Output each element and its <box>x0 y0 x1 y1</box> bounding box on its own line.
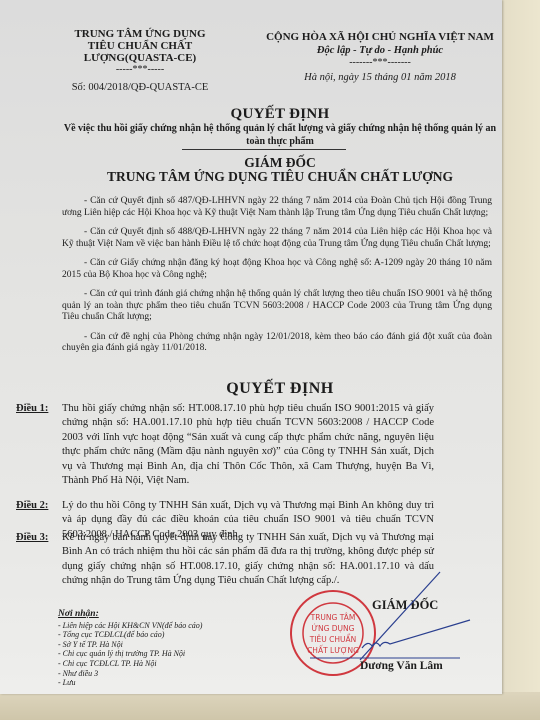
article-label: Điều 1: <box>16 402 48 416</box>
national-separator: -------***------- <box>262 58 498 68</box>
recipient-item: - Sở Y tế TP. Hà Nội <box>58 640 258 650</box>
legal-basis-item: - Căn cứ Giấy chứng nhận đăng ký hoạt độ… <box>62 258 492 281</box>
document-number: Số: 004/2018/QĐ-QUASTA-CE <box>40 82 240 94</box>
legal-basis-item: - Căn cứ qui trình đánh giá chứng nhận h… <box>62 289 492 324</box>
issuer-org-line2: TIÊU CHUẨN CHẤT LƯỢNG(QUASTA-CE) <box>40 40 240 64</box>
authority-block: GIÁM ĐỐC TRUNG TÂM ỨNG DỤNG TIÊU CHUẨN C… <box>60 156 500 184</box>
recipients-heading: Nơi nhận: <box>58 610 258 620</box>
document-title: QUYẾT ĐỊNH <box>60 106 500 123</box>
article-1: Điều 1: Thu hồi giấy chứng nhận số: HT.0… <box>16 402 436 488</box>
background-surface-bottom <box>0 692 540 720</box>
legal-basis-item: - Căn cứ Quyết định số 488/QĐ-LHHVN ngày… <box>62 227 492 250</box>
authority-organization: TRUNG TÂM ỨNG DỤNG TIÊU CHUẨN CHẤT LƯỢNG <box>60 170 500 184</box>
country-name: CỘNG HÒA XÃ HỘI CHỦ NGHĨA VIỆT NAM <box>262 30 498 44</box>
recipient-item: - Liên hiệp các Hội KH&CN VN(để báo cáo) <box>58 621 258 631</box>
place-date: Hà nội, ngày 15 tháng 01 năm 2018 <box>262 71 498 85</box>
article-label: Điều 2: <box>16 499 48 513</box>
authority-role: GIÁM ĐỐC <box>60 156 500 170</box>
legal-basis-item: - Căn cứ đề nghị của Phòng chứng nhận ng… <box>62 332 492 355</box>
signer-name: Dương Văn Lâm <box>360 660 470 672</box>
document-subject: Về việc thu hồi giấy chứng nhận hệ thống… <box>60 122 500 148</box>
issuer-header: TRUNG TÂM ỨNG DỤNG TIÊU CHUẨN CHẤT LƯỢNG… <box>40 28 240 94</box>
document-page: TRUNG TÂM ỨNG DỤNG TIÊU CHUẨN CHẤT LƯỢNG… <box>0 0 502 694</box>
national-header: CỘNG HÒA XÃ HỘI CHỦ NGHĨA VIỆT NAM Độc l… <box>262 30 498 85</box>
article-text: Thu hồi giấy chứng nhận số: HT.008.17.10… <box>62 402 434 488</box>
title-divider <box>182 149 346 150</box>
issuer-separator: -----***----- <box>40 64 240 76</box>
national-motto: Độc lập - Tự do - Hạnh phúc <box>262 44 498 58</box>
decision-title: QUYẾT ĐỊNH <box>60 380 500 398</box>
legal-basis-item: - Căn cứ Quyết định số 487/QĐ-LHHVN ngày… <box>62 196 492 219</box>
recipient-item: - Lưu <box>58 678 258 688</box>
recipient-item: - Tổng cục TCĐLCL(để báo cáo) <box>58 630 258 640</box>
recipient-item: - Như điều 3 <box>58 669 258 679</box>
legal-bases: - Căn cứ Quyết định số 487/QĐ-LHHVN ngày… <box>62 196 492 363</box>
recipients-list: Nơi nhận: - Liên hiệp các Hội KH&CN VN(đ… <box>58 610 258 688</box>
recipient-item: - Chi cục TCĐLCL TP. Hà Nội <box>58 659 258 669</box>
article-label: Điều 3: <box>16 531 48 545</box>
issuer-org-line1: TRUNG TÂM ỨNG DỤNG <box>40 28 240 40</box>
recipient-item: - Chi cục quản lý thị trường TP. Hà Nội <box>58 649 258 659</box>
background-surface <box>500 0 540 720</box>
